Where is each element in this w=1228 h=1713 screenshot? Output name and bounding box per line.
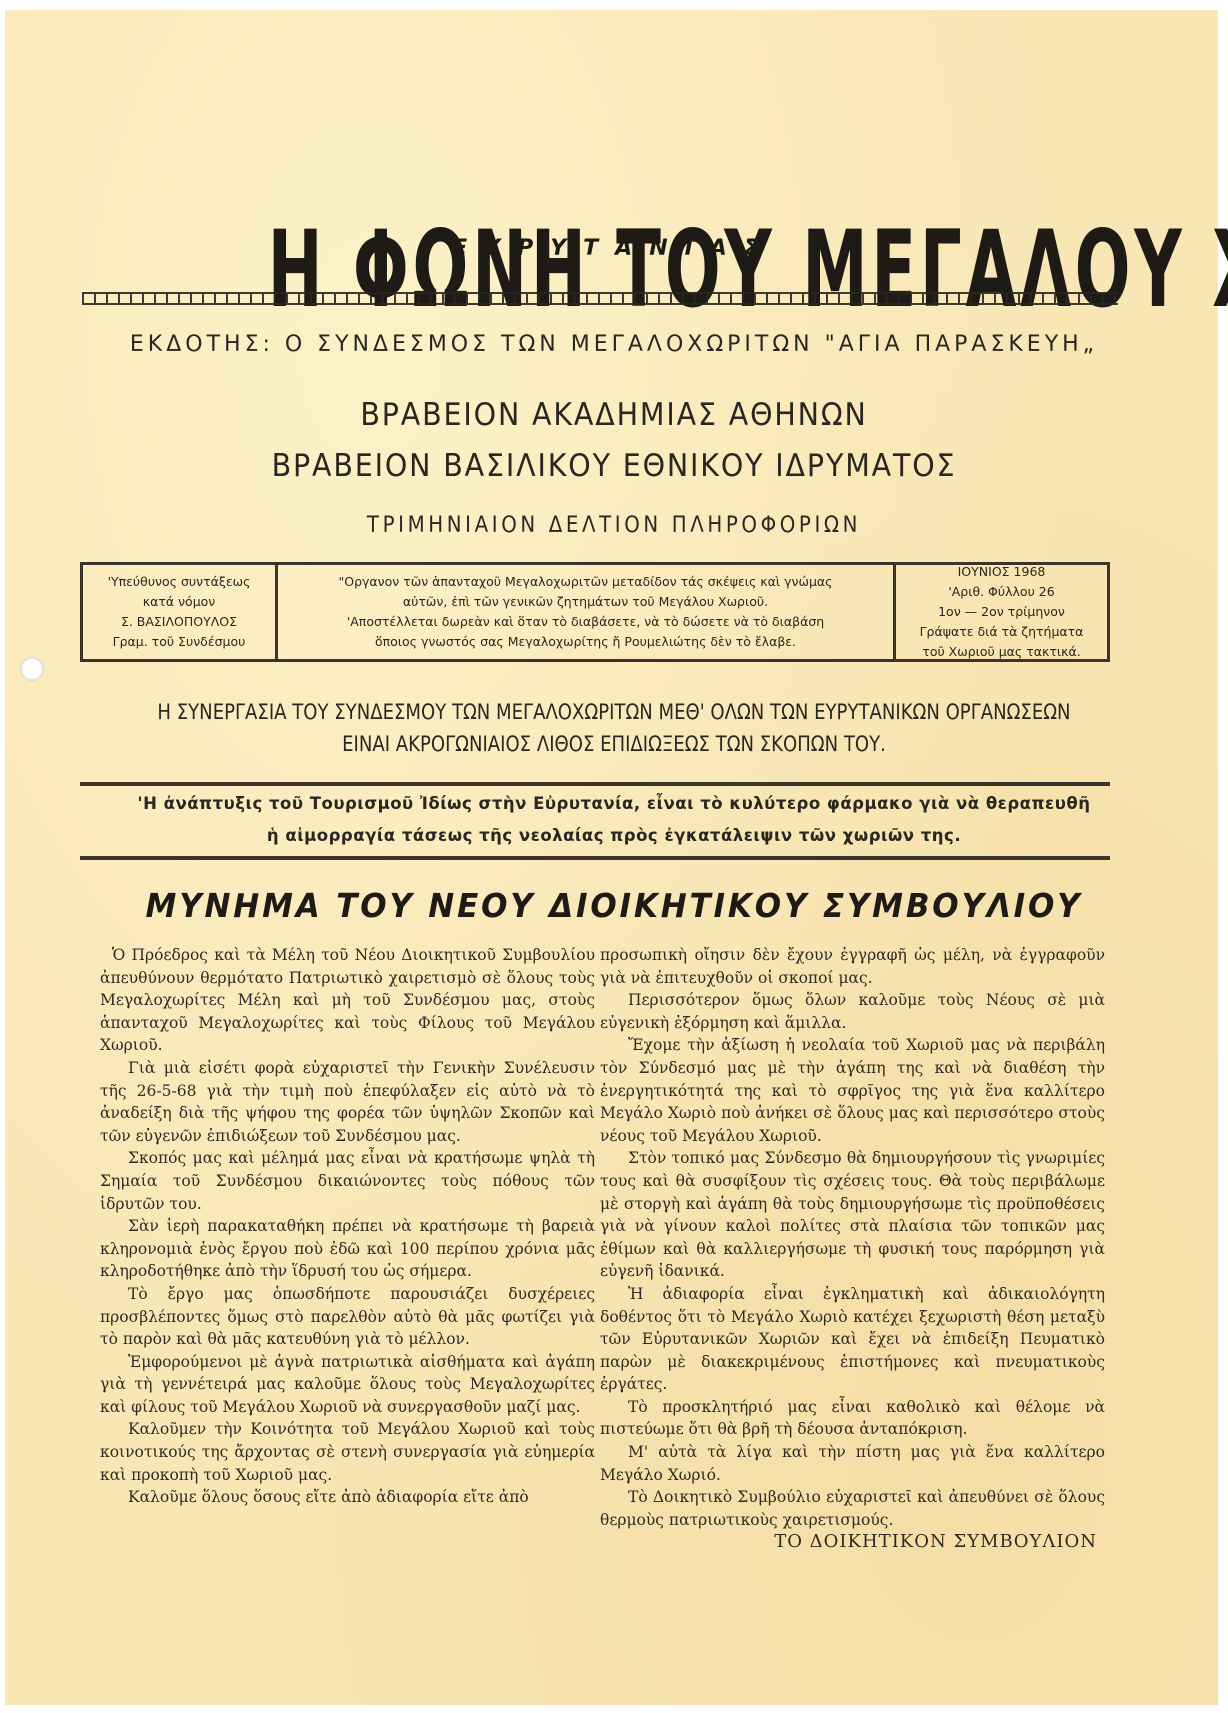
paragraph: Σὰν ἱερὴ παρακαταθήκη πρέπει νὰ κρατήσωμ… [100,1215,595,1283]
paragraph: Στὸν τοπικό μας Σύνδεσμο θὰ δημιουργήσου… [600,1147,1105,1283]
bulletin-label: ΤΡΙΜΗΝΙΑΙΟΝ ΔΕΛΤΙΟΝ ΠΛΗΡΟΦΟΡΙΩΝ [61,513,1166,538]
issue-cell: ΙΟΥΝΙΟΣ 1968 'Αριθ. Φύλλου 26 1ον — 2ον … [896,565,1107,659]
greek-key-border [82,290,1118,306]
editor-line: κατά νόμον [143,592,216,612]
paragraph: Τὸ Δοικητικὸ Συμβούλιο εὐχαριστεῖ καὶ ἀπ… [600,1486,1105,1531]
editor-line: 'Υπεύθυνος συντάξεως [108,572,251,592]
paragraph: Ἡ ἀδιαφορία εἶναι ἐγκληματικὴ καὶ ἀδικαι… [600,1283,1105,1396]
notes-line: "Οργανον τῶν ἁπανταχοῦ Μεγαλοχωριτῶν μετ… [338,572,832,592]
paragraph: Ἐμφορούμενοι μὲ ἁγνὰ πατριωτικὰ αἰσθήματ… [100,1351,595,1419]
horizontal-rule [80,856,1110,860]
notes-line: ὅποιος γνωστός σας Μεγαλοχωρίτης ἤ Ρουμε… [375,632,796,652]
paragraph: Μ' αὐτὰ τὰ λίγα καὶ τὴν πίστη μας γιὰ ἕν… [600,1441,1105,1486]
paragraph: Ἔχομε τὴν ἀξίωση ἡ νεολαία τοῦ Χωριοῦ μα… [600,1034,1105,1147]
tourism-banner-line: 'Η ἀνάπτυξις τοῦ Τουρισμοῦ Ἰδίως στὴν Εὐ… [0,794,1228,813]
punch-hole [20,657,44,681]
slogan-line: ΕΙΝΑΙ ΑΚΡΟΓΩΝΙΑΙΟΣ ΛΙΘΟΣ ΕΠΙΔΙΩΞΕΩΣ ΤΩΝ … [86,732,1142,756]
award-foundation: ΒΡΑΒΕΙΟΝ ΒΑΣΙΛΙΚΟΥ ΕΘΝΙΚΟΥ ΙΔΡΥΜΑΤΟΣ [49,448,1179,484]
notes-cell: "Οργανον τῶν ἁπανταχοῦ Μεγαλοχωριτῶν μετ… [278,565,896,659]
tourism-banner-line: ἡ αἱμορραγία τάσεως τῆς νεολαίας πρὸς ἐγ… [0,826,1228,845]
issue-period: 1ον — 2ον τρίμηνον [938,602,1065,622]
horizontal-rule [80,782,1110,786]
notes-line: αὐτῶν, ἐπὶ τῶν γενικῶν ζητημάτων τοῦ Μεγ… [403,592,768,612]
article-column-right: προσωπικὴ οἴησιν δὲν ἔχουν ἐγγραφῆ ὡς μέ… [600,944,1105,1554]
info-box: 'Υπεύθυνος συντάξεως κατά νόμον Σ. ΒΑΣΙΛ… [80,562,1110,662]
paragraph: Ὁ Πρόεδρος καὶ τὰ Μέλη τοῦ Νέου Διοικητι… [100,944,595,1057]
paragraph: Σκοπός μας καὶ μέλημά μας εἶναι νὰ κρατή… [100,1147,595,1215]
masthead-title: Η ΦΩΝΗ ΤΟΥ ΜΕΓΑΛΟΥ ΧΩΡΙΟΥ [268,215,913,325]
masthead-subtitle: ΕΥΡΥΤΑΝΙΑΣ [0,236,1228,261]
editor-role: Γραμ. τοῦ Συνδέσμου [113,632,246,652]
editor-name: Σ. ΒΑΣΙΛΟΠΟΥΛΟΣ [121,612,237,632]
issue-date: ΙΟΥΝΙΟΣ 1968 [958,562,1046,582]
paragraph: Γιὰ μιὰ εἰσέτι φορὰ εὐχαριστεῖ τὴν Γενικ… [100,1057,595,1147]
article-column-left: Ὁ Πρόεδρος καὶ τὰ Μέλη τοῦ Νέου Διοικητι… [100,944,595,1509]
paragraph: Καλοῦμε ὅλους ὅσους εἴτε ἀπὸ ἀδιαφορία ε… [100,1486,595,1509]
paragraph: Καλοῦμεν τὴν Κοινότητα τοῦ Μεγάλου Χωριο… [100,1418,595,1486]
slogan-line: Η ΣΥΝΕΡΓΑΣΙΑ ΤΟΥ ΣΥΝΔΕΣΜΟΥ ΤΩΝ ΜΕΓΑΛΟΧΩΡ… [86,700,1142,724]
issue-note: τοῦ Χωριοῦ μας τακτικά. [922,642,1080,662]
award-academy: ΒΡΑΒΕΙΟΝ ΑΚΑΔΗΜΙΑΣ ΑΘΗΝΩΝ [49,397,1179,433]
article-title: ΜΥΝΗΜΑ ΤΟΥ ΝΕΟΥ ΔΙΟΙΚΗΤΙΚΟΥ ΣΥΜΒΟΥΛΙΟΥ [37,886,1191,925]
editor-cell: 'Υπεύθυνος συντάξεως κατά νόμον Σ. ΒΑΣΙΛ… [83,565,278,659]
notes-line: 'Αποστέλλεται δωρεὰν καὶ ὅταν τὸ διαβάσε… [347,612,824,632]
paragraph: Περισσότερον ὅμως ὅλων καλοῦμε τοὺς Νέου… [600,989,1105,1034]
issue-number: 'Αριθ. Φύλλου 26 [948,582,1054,602]
masthead: Η ΦΩΝΗ ΤΟΥ ΜΕΓΑΛΟΥ ΧΩΡΙΟΥ [0,105,1228,225]
paragraph: προσωπικὴ οἴησιν δὲν ἔχουν ἐγγραφῆ ὡς μέ… [600,944,1105,989]
publisher-line: ΕΚΔΟΤΗΣ: Ο ΣΥΝΔΕΣΜΟΣ ΤΩΝ ΜΕΓΑΛΟΧΩΡΙΤΩΝ "… [0,332,1228,357]
paragraph: Τὸ ἔργο μας ὁπωσδήποτε παρουσιάζει δυσχέ… [100,1283,595,1351]
article-signature: ΤΟ ΔΟΙΚΗΤΙΚΟΝ ΣΥΜΒΟΥΛΙΟΝ [600,1531,1105,1554]
paragraph: Τὸ προσκλητήριό μας εἶναι καθολικὸ καὶ θ… [600,1396,1105,1441]
issue-note: Γράψατε διά τὰ ζητήματα [920,622,1084,642]
